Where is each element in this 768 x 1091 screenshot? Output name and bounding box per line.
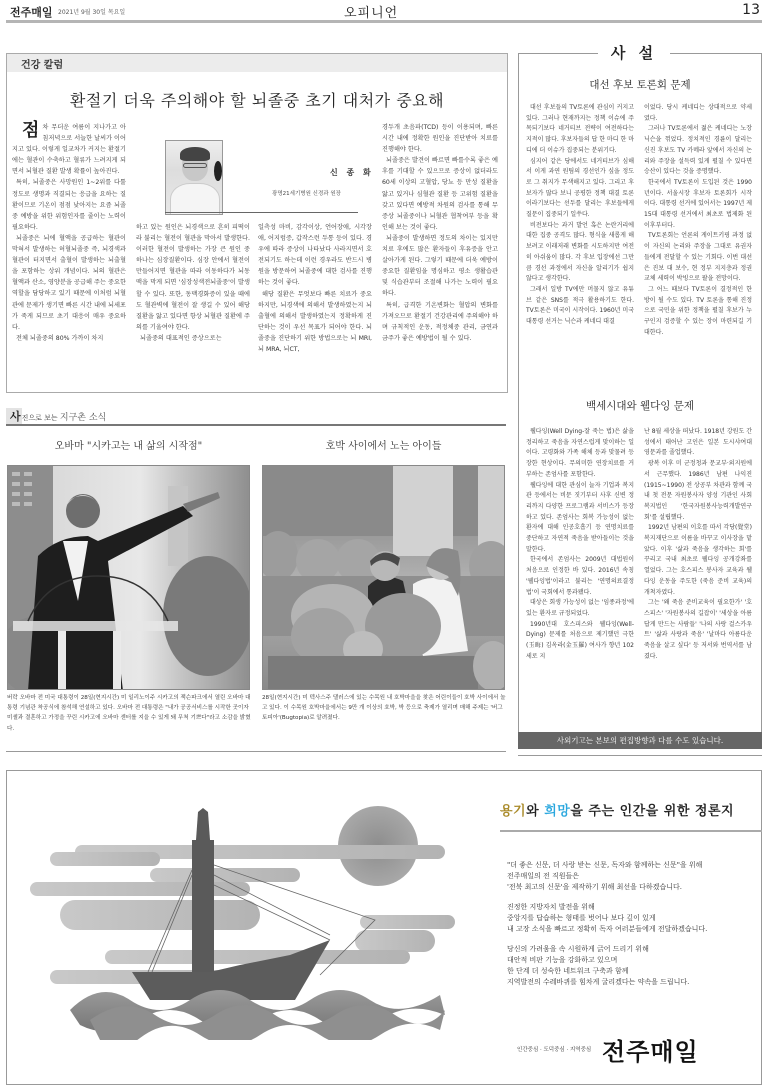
editorial-2-title: 백세시대와 웰다잉 문제 [518, 398, 762, 413]
photo-news-rule [6, 424, 506, 426]
masthead-rule [6, 20, 762, 23]
photo-2-title: 호박 사이에서 노는 아이들 [262, 437, 505, 452]
editorial-top-rule-right [670, 53, 762, 54]
author-portrait [165, 140, 223, 215]
editorial-1-title: 대선 후보 토론회 문제 [518, 77, 762, 92]
dropcap: 점 [22, 122, 39, 140]
health-column-tag: 건강 칼럼 [7, 54, 507, 72]
photo-2-caption: 28일(현지시간) 미 텍사스주 댈러스에 있는 수목원 내 호박마을을 찾은 … [262, 693, 507, 724]
section-title: 오피니언 [344, 2, 398, 21]
health-column-tag-label: 건강 칼럼 [21, 56, 63, 71]
photo-obama [7, 465, 250, 690]
ad-paragraph-3: 당신의 가려움을 속 시원하게 긁어 드리기 위해 대안적 비판 기능을 강화하… [507, 944, 689, 988]
ad-motto: 인간중심 · 도덕중심 · 지역중심 [517, 1045, 591, 1053]
editorial-2-col1: 웰다잉(Well Dying-잘 죽는 법)은 삶을 정리하고 죽음을 자연스럽… [526, 427, 634, 662]
author-rule [165, 212, 358, 213]
editorial-disclaimer: 사외기고는 본보의 편집방향과 다를 수도 있습니다. [518, 732, 762, 749]
photo-news-tag: 사진으로 보는 지구촌 소식 [6, 405, 106, 424]
ad-slogan-rule [500, 830, 762, 832]
health-column-col3: 일측성 마비, 감각이상, 언어장애, 시각장애, 어지럼증, 갑작스런 두통 … [258, 222, 372, 355]
health-column-col1: 점차 무더운 여름이 지나가고 아침저녁으로 서늘한 날씨가 이어지고 있다. … [12, 122, 126, 344]
photo-1-title: 오바마 "시카고는 내 삶의 시작점" [7, 437, 250, 452]
photo-news-bottom-rule [6, 751, 506, 752]
ad-paragraph-2: 진정한 지방자치 발전을 위해 중앙지를 답습하는 형태를 벗어나 보다 깊이 … [507, 902, 707, 935]
health-column-col2: 하고 있는 원인은 뇌경색으로 흔히 피떡이라 불리는 혈전이 혈관을 막아서 … [136, 222, 250, 344]
editorial-top-rule-left [518, 53, 598, 54]
masthead-date: 2021년 9월 30일 목요일 [58, 7, 125, 16]
ad-slogan: 용기와 희망을 주는 인간을 위한 정론지 [500, 800, 734, 819]
editorial-1-col2: 이었다. 당시 케네디는 상대적으로 약세였다. 그러나 TV토론에서 젊은 케… [644, 103, 752, 338]
photo-1-caption: 버락 오바마 전 미국 대통령이 28일(현지시간) 미 일리노이주 시카고의 … [7, 693, 252, 734]
author-affiliation: 광명21세기병원 신경과 원장 [272, 189, 341, 197]
page-number: 13 [742, 2, 760, 18]
ad-logo: 전주매일 [602, 1032, 699, 1067]
masthead-paper-name: 전주매일 [10, 4, 53, 20]
editorial-2-col2: 난 8월 세상을 떠났다. 1918년 강원도 간성에서 태어난 고인은 일본 … [644, 427, 752, 662]
author-name: 신 종 화 [330, 167, 374, 178]
ad-paragraph-1: "더 좋은 신문, 더 사랑 받는 신문, 독자와 함께하는 신문"을 위해 전… [507, 860, 702, 893]
editorial-header: 사 설 [598, 42, 670, 63]
ad-illustration-ship [30, 800, 470, 1044]
editorial-1-col1: 대선 후보들의 TV토론에 관심이 커지고 있다. 그러나 현재까지는 정책 이… [526, 103, 634, 328]
health-column-title: 환절기 더욱 주의해야 할 뇌졸중 초기 대처가 중요해 [6, 88, 508, 111]
photo-pumpkins [262, 465, 505, 690]
disclaimer-rule [518, 755, 762, 756]
health-column-col4: 경두개 초음파(TCD) 등이 이용되며, 빠른 시간 내에 정확한 원인을 진… [382, 122, 498, 344]
